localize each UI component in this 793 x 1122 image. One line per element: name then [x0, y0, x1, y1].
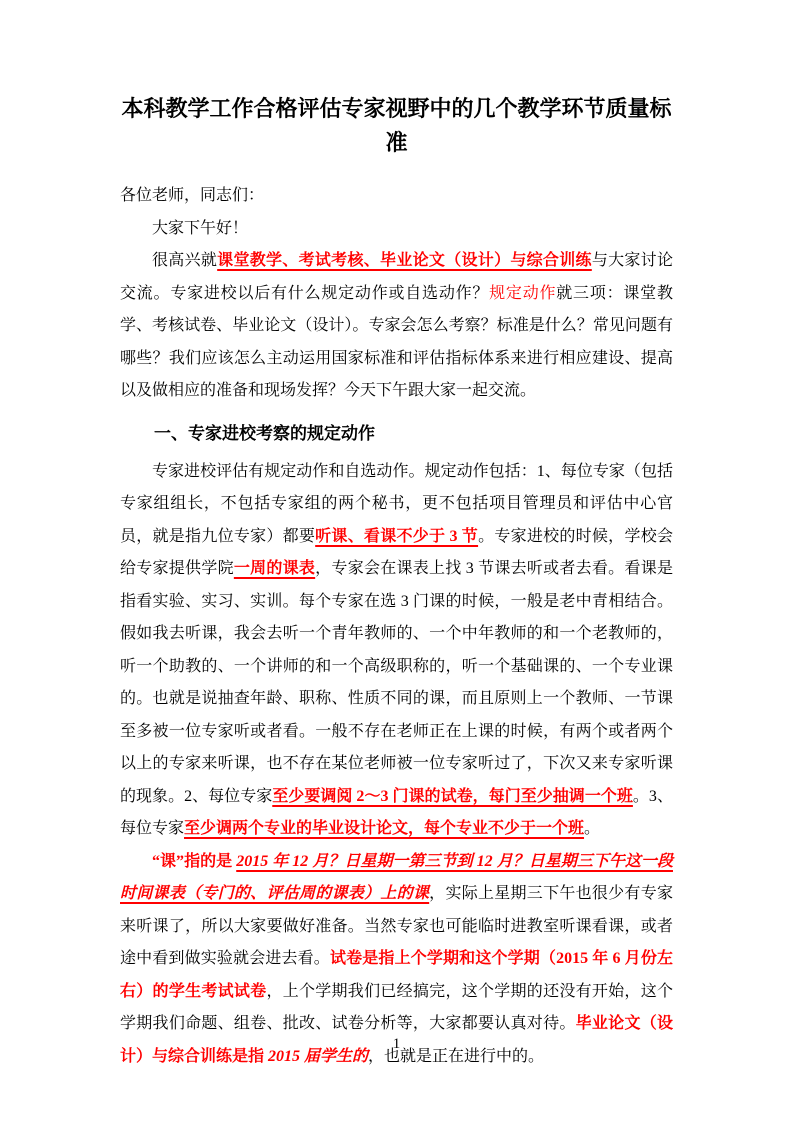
text-run-normal: 很高兴就	[152, 252, 217, 269]
text-run-normal: ，专家会在课表上找 3 节课去听或者去看。看课是指看实验、实习、实训。每个专家在…	[120, 560, 673, 805]
paragraph: 大家下午好！	[120, 213, 673, 246]
text-run-normal: 。	[584, 820, 600, 837]
text-run-red-bold-underline: 听课、看课不少于 3 节	[315, 528, 478, 545]
text-run-normal: 大家下午好！	[152, 220, 248, 237]
text-run-red-bold-underline: 一周的课表	[234, 560, 315, 577]
document-body: 各位老师，同志们：大家下午好！很高兴就课堂教学、考试考核、毕业论文（设计）与综合…	[120, 180, 673, 1073]
paragraph: 很高兴就课堂教学、考试考核、毕业论文（设计）与综合训练与大家讨论交流。专家进校以…	[120, 245, 673, 408]
document-page: 本科教学工作合格评估专家视野中的几个教学环节质量标准 各位老师，同志们：大家下午…	[0, 0, 793, 1122]
text-run-red-bold: “课”指的是	[152, 853, 236, 870]
text-run-red-bold-underline: 课堂教学、考试考核、毕业论文（设计）与综合训练	[217, 252, 592, 269]
paragraph: 各位老师，同志们：	[120, 180, 673, 213]
text-run-normal: 各位老师，同志们：	[120, 187, 264, 204]
text-run-bold: 一、专家进校考察的规定动作	[154, 424, 375, 443]
document-title: 本科教学工作合格评估专家视野中的几个教学环节质量标准	[120, 92, 673, 160]
text-run-red-bold-underline: 至少要调阅 2～3 门课的试卷，每门至少抽调一个班	[272, 788, 633, 805]
paragraph: 专家进校评估有规定动作和自选动作。规定动作包括：1、每位专家（包括专家组组长，不…	[120, 456, 673, 846]
text-run-red: 规定动作	[489, 285, 556, 302]
section-heading: 一、专家进校考察的规定动作	[120, 417, 673, 450]
page-number: 1	[0, 1036, 793, 1053]
text-run-red-bold-underline: 至少调两个专业的毕业设计论文，每个专业不少于一个班	[184, 820, 584, 837]
